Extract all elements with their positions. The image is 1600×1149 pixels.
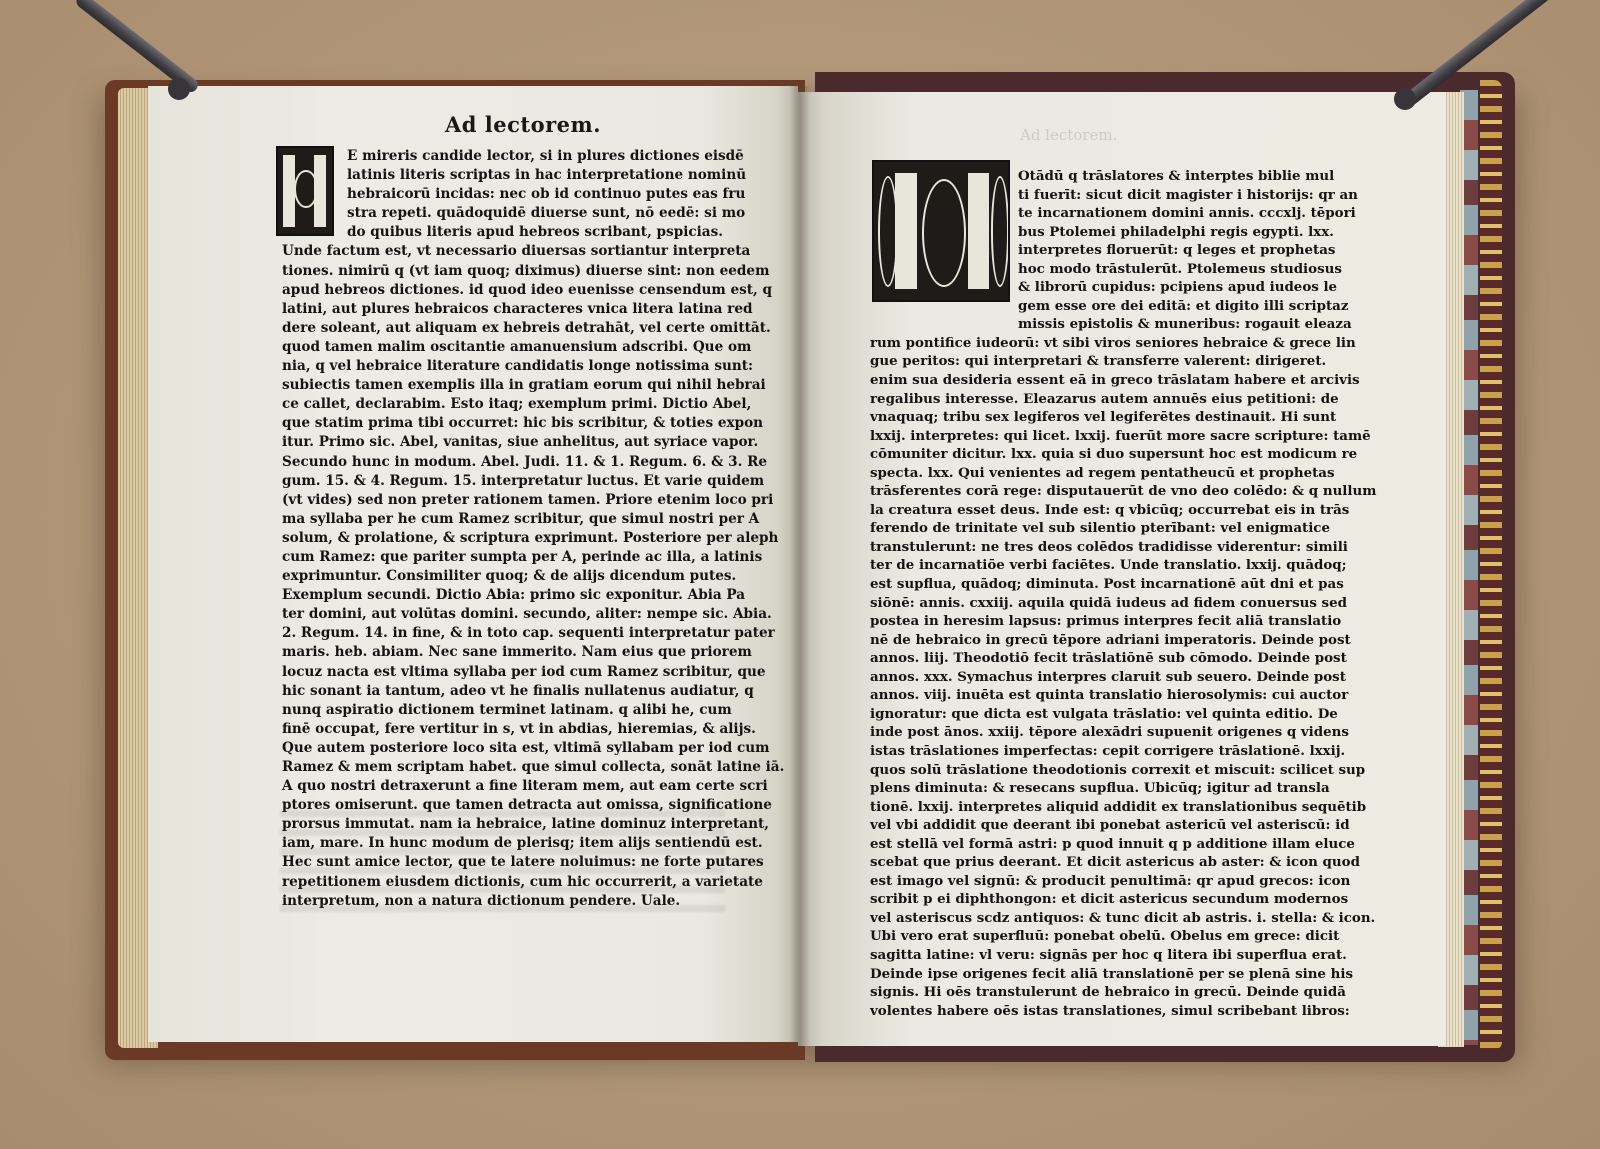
text-line: tiones. nimirū q (vt iam quoq; diximus) … xyxy=(282,262,784,281)
text-line: ce callet, declarabim. Esto itaq; exempl… xyxy=(282,395,784,414)
text-line: Otādū q trāslatores & interptes biblie m… xyxy=(870,167,1376,186)
text-line: apud hebreos dictiones. id quod ideo eue… xyxy=(282,281,784,300)
text-line: postea in heresim lapsus: primus interpr… xyxy=(870,612,1376,631)
text-line: nunq aspiratio dictionem terminet latina… xyxy=(282,701,784,720)
text-line: cum Ramez: que pariter sumpta per A, per… xyxy=(282,548,784,567)
page-holder-rod-tip xyxy=(168,78,190,100)
text-line: maris. heb. abiam. Nec sane immerito. Na… xyxy=(282,643,784,662)
show-through-text xyxy=(280,810,725,920)
text-line: annos. liij. Theodotiō fecit trāslatiōnē… xyxy=(870,649,1376,668)
text-line: rum pontifice iudeorū: vt sibi viros sen… xyxy=(870,334,1376,353)
text-line: Secundo hunc in modum. Abel. Judi. 11. &… xyxy=(282,453,784,472)
text-line: ter domini, aut volūtas domini. secundo,… xyxy=(282,605,784,624)
text-line: regalibus interesse. Eleazarus autem ann… xyxy=(870,390,1376,409)
text-line: Exemplum secundi. Dictio Abia: primo sic… xyxy=(282,586,784,605)
text-line: stra repeti. quādoquidē diuerse sunt, nō… xyxy=(282,204,784,223)
text-line: & librorū cupidus: pcipiens apud iudeos … xyxy=(870,278,1376,297)
text-line: ignoratur: que dicta est vulgata trāslat… xyxy=(870,705,1376,724)
running-head: Ad lectorem. xyxy=(445,112,601,137)
text-line: est imago vel signū: & producit penultim… xyxy=(870,872,1376,891)
text-line: exprimuntur. Consimiliter quoq; & de ali… xyxy=(282,567,784,586)
text-line: vnaquaq; tribu sex legiferos vel legifer… xyxy=(870,408,1376,427)
text-line: solum, & prolatione, & scriptura exprimu… xyxy=(282,529,784,548)
text-line: volentes habere oēs istas translationes,… xyxy=(870,1002,1376,1021)
text-line: subiectis tamen exemplis illa in gratiam… xyxy=(282,376,784,395)
text-line: cōmuniter dicitur. lxx. quia si duo supe… xyxy=(870,445,1376,464)
text-line: do quibus literis apud hebreos scribant,… xyxy=(282,223,784,242)
text-line: gum. 15. & 4. Regum. 15. interpretatur l… xyxy=(282,472,784,491)
text-line: que statim prima tibi occurret: hic bis … xyxy=(282,414,784,433)
text-line: vel vbi addidit que deerant ibi ponebat … xyxy=(870,816,1376,835)
text-line: Ubi vero erat superfluū: ponebat obelū. … xyxy=(870,927,1376,946)
text-line: (vt vides) sed non preter rationem tamen… xyxy=(282,491,784,510)
text-line: nia, q vel hebraice literature candidati… xyxy=(282,357,784,376)
text-line: locuz nacta est vltima syllaba per iod c… xyxy=(282,663,784,682)
text-line: gue peritos: qui interpretari & transfer… xyxy=(870,352,1376,371)
text-line: finē occupat, fere vertitur in s, vt in … xyxy=(282,720,784,739)
text-line: bus Ptolemei philadelphi regis egypti. l… xyxy=(870,223,1376,242)
text-line: latini, aut plures hebraicos characteres… xyxy=(282,300,784,319)
text-line: hoc modo trāstulerūt. Ptolemeus studiosu… xyxy=(870,260,1376,279)
gilt-tooled-edge xyxy=(1480,80,1502,1050)
text-line: est supflua, quādoq; diminuta. Post inca… xyxy=(870,575,1376,594)
text-line: Ramez & mem scriptam habet. que simul co… xyxy=(282,758,784,777)
text-line: signis. Hi oēs transtulerunt de hebraico… xyxy=(870,983,1376,1002)
text-line: hic sonant ia tantum, adeo vt he finalis… xyxy=(282,682,784,701)
left-page-text: E mireris candide lector, si in plures d… xyxy=(282,147,784,911)
text-line: specta. lxx. Qui venientes ad regem pent… xyxy=(870,464,1376,483)
text-line: hebraicorū incidas: nec ob id continuo p… xyxy=(282,185,784,204)
text-line: nē de hebraico in grecū tēpore adriani i… xyxy=(870,631,1376,650)
text-line: dere soleant, aut aliquam ex hebreis det… xyxy=(282,319,784,338)
text-line: trāsferentes corā rege: disputauerūt de … xyxy=(870,482,1376,501)
text-line: lxxij. interpretes: qui licet. lxxij. fu… xyxy=(870,427,1376,446)
text-line: scebat que prius deerant. Et dicit aster… xyxy=(870,853,1376,872)
text-line: ferendo de trinitate vel sub silentio pt… xyxy=(870,519,1376,538)
text-line: quod tamen malim oscitantie amanuensium … xyxy=(282,338,784,357)
text-line: missis epistolis & muneribus: rogauit el… xyxy=(870,315,1376,334)
text-line: E mireris candide lector, si in plures d… xyxy=(282,147,784,166)
text-line: est stellā vel formā astri: p quod innui… xyxy=(870,835,1376,854)
text-line: ti fuerīt: sicut dicit magister i histor… xyxy=(870,186,1376,205)
text-line: Que autem posteriore loco sita est, vlti… xyxy=(282,739,784,758)
page-holder-rod-tip xyxy=(1394,88,1416,110)
text-line: quos solū trāslatione theodotionis corre… xyxy=(870,761,1376,780)
text-line: te incarnationem domini annis. cccxlj. t… xyxy=(870,204,1376,223)
text-line: Unde factum est, vt necessario diuersas … xyxy=(282,242,784,261)
text-line: vel asteriscus scdz antiquos: & tunc dic… xyxy=(870,909,1376,928)
text-line: siōnē: annis. cxxiij. aquila quidā iudeu… xyxy=(870,594,1376,613)
text-line: A quo nostri detraxerunt a fine literam … xyxy=(282,777,784,796)
right-page-text: Otādū q trāslatores & interptes biblie m… xyxy=(870,167,1376,1020)
text-line: latinis literis scriptas in hac interpre… xyxy=(282,166,784,185)
text-line: gem esse ore dei editā: et digito illi s… xyxy=(870,297,1376,316)
text-line: Deinde ipse origenes fecit aliā translat… xyxy=(870,965,1376,984)
text-line: ter de incarnatiōe verbi faciētes. Unde … xyxy=(870,556,1376,575)
text-line: tionē. lxxij. interpretes aliquid addidi… xyxy=(870,798,1376,817)
text-line: la creatura esset deus. Inde est: q vbic… xyxy=(870,501,1376,520)
text-line: inde post ānos. xxiij. tēpore alexādri s… xyxy=(870,723,1376,742)
text-line: sagitta latine: vl veru: signās per hoc … xyxy=(870,946,1376,965)
book-gutter xyxy=(790,86,810,1046)
text-line: annos. viij. inuēta est quinta translati… xyxy=(870,686,1376,705)
text-line: itur. Primo sic. Abel, vanitas, siue anh… xyxy=(282,433,784,452)
text-line: ma syllaba per he cum Ramez scribitur, q… xyxy=(282,510,784,529)
show-through-running-head: Ad lectorem. xyxy=(1020,126,1117,144)
text-line: transtulerunt: ne tres deos colēdos trad… xyxy=(870,538,1376,557)
text-line: 2. Regum. 14. in fine, & in toto cap. se… xyxy=(282,624,784,643)
text-line: istas trāslationes imperfectas: cepit co… xyxy=(870,742,1376,761)
text-line: scribit p ei diphthongon: et dicit aster… xyxy=(870,890,1376,909)
text-line: interpretes floruerūt: q leges et prophe… xyxy=(870,241,1376,260)
text-line: enim sua desideria essent eā in greco tr… xyxy=(870,371,1376,390)
text-line: plens diminuta: & resecans supflua. Ubic… xyxy=(870,779,1376,798)
text-line: annos. xxx. Symachus interpres claruit s… xyxy=(870,668,1376,687)
